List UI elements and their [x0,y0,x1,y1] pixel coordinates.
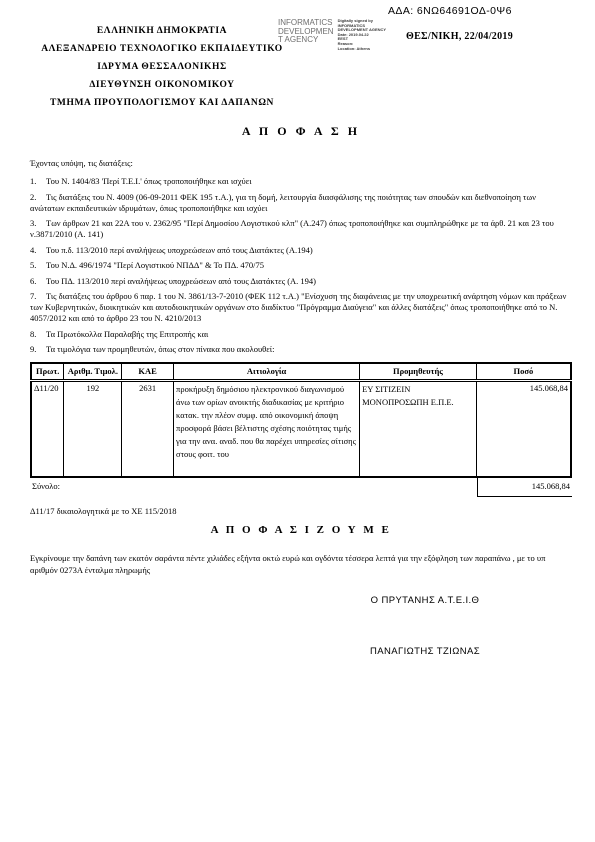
list-item: 2.Τις διατάξεις του Ν. 4009 (06-09-2011 … [30,192,572,214]
list-item: 6.Του ΠΔ. 113/2010 περί αναλήψεως υποχρε… [30,276,572,287]
list-item: 9.Τα τιμολόγια των προμηθευτών, όπως στο… [30,344,572,355]
cell-proto: Δ11/20 [31,381,64,477]
col-header-supplier: Προμηθευτής [360,363,477,381]
signature-block: Ο ΠΡΥΤΑΝΗΣ Α.Τ.Ε.Ι.Θ ΠΑΝΑΓΙΩΤΗΣ ΤΖΙΩΝΑΣ [330,595,520,657]
item-text: Τις διατάξεις του Ν. 4009 (06-09-2011 ΦΕ… [30,192,536,213]
col-header-proto: Πρωτ. [31,363,64,381]
item-number: 6. [30,276,41,287]
item-number: 9. [30,344,41,355]
signatory-role: Ο ΠΡΥΤΑΝΗΣ Α.Τ.Ε.Ι.Θ [330,595,520,606]
cell-reason: προκήρυξη δημόσιου ηλεκτρονικού διαγωνισ… [174,381,360,477]
item-number: 7. [30,291,41,302]
document-page: ΑΔΑ: 6ΝΩ64691ΟΔ-0Ψ6 ΕΛΛΗΝΙΚΗ ΔΗΜΟΚΡΑΤΙΑ … [0,0,595,842]
item-text: Του Ν.Δ. 496/1974 "Περί Λογιστικού ΝΠΔΔ"… [46,260,264,270]
organization-header: ΕΛΛΗΝΙΚΗ ΔΗΜΟΚΡΑΤΙΑ ΑΛΕΞΑΝΔΡΕΙΟ ΤΕΧΝΟΛΟΓ… [36,22,288,112]
document-body: Α Π Ο Φ Α Σ Η Έχοντας υπόψη, τις διατάξε… [30,120,572,657]
org-line: ΑΛΕΞΑΝΔΡΕΙΟ ΤΕΧΝΟΛΟΓΙΚΟ ΕΚΠΑΙΔΕΥΤΙΚΟ [36,40,288,58]
cell-amount: 145.068,84 [476,381,571,477]
cell-invoice: 192 [64,381,122,477]
item-text: Του π.δ. 113/2010 περί αναλήψεως υποχρεώ… [46,245,313,255]
supporting-docs-note: Δ11/17 δικαιολογητικά με το ΧΕ 115/2018 [30,506,572,517]
item-number: 1. [30,176,41,187]
item-number: 5. [30,260,41,271]
item-number: 4. [30,245,41,256]
document-title: Α Π Ο Φ Α Σ Η [30,126,572,137]
place-date: ΘΕΣ/ΝΙΚΗ, 22/04/2019 [406,31,513,42]
decision-heading: Α Π Ο Φ Α Σ Ι Ζ Ο Υ Μ Ε [30,525,572,536]
org-line: ΤΜΗΜΑ ΠΡΟΥΠΟΛΟΓΙΣΜΟΥ ΚΑΙ ΔΑΠΑΝΩΝ [36,94,288,112]
preamble: Έχοντας υπόψη, τις διατάξεις: [30,158,572,169]
table-row: Δ11/20 192 2631 προκήρυξη δημόσιου ηλεκτ… [31,381,571,477]
org-line: ΔΙΕΥΘΥΝΣΗ ΟΙΚΟΝΟΜΙΚΟΥ [36,76,288,94]
considerations-list: 1.Του Ν. 1404/83 'Περί Τ.Ε.Ι.' όπως τροπ… [30,176,572,355]
item-number: 2. [30,192,41,203]
col-header-amount: Ποσό [476,363,571,381]
org-line: ΙΔΡΥΜΑ ΘΕΣΣΑΛΟΝΙΚΗΣ [36,58,288,76]
org-line: ΕΛΛΗΝΙΚΗ ΔΗΜΟΚΡΑΤΙΑ [36,22,288,40]
list-item: 4.Του π.δ. 113/2010 περί αναλήψεως υποχρ… [30,245,572,256]
table-header-row: Πρωτ. Αριθμ. Τιμολ. ΚΑΕ Αιτιολογία Προμη… [31,363,571,381]
col-header-reason: Αιτιολογία [174,363,360,381]
item-text: Του Ν. 1404/83 'Περί Τ.Ε.Ι.' όπως τροποπ… [46,176,252,186]
ada-code: ΑΔΑ: 6ΝΩ64691ΟΔ-0Ψ6 [388,5,512,17]
total-label: Σύνολο: [30,478,477,497]
invoices-table: Πρωτ. Αριθμ. Τιμολ. ΚΑΕ Αιτιολογία Προμη… [30,362,572,478]
list-item: 3.Των άρθρων 21 και 22Α του ν. 2362/95 "… [30,218,572,240]
signatory-name: ΠΑΝΑΓΙΩΤΗΣ ΤΖΙΩΝΑΣ [330,646,520,657]
stamp-agency-name: INFORMATICS DEVELOPMEN T AGENCY [278,19,334,51]
item-text: Του ΠΔ. 113/2010 περί αναλήψεως υποχρεώσ… [46,276,316,286]
col-header-invoice: Αριθμ. Τιμολ. [64,363,122,381]
item-text: Τα Πρωτόκολλα Παραλαβής της Επιτροπής κα… [46,329,208,339]
stamp-signature-details: Digitally signed by INFORMATICS DEVELOPM… [338,19,387,51]
table-total-row: Σύνολο: 145.068,84 [30,478,572,497]
list-item: 8.Τα Πρωτόκολλα Παραλαβής της Επιτροπής … [30,329,572,340]
cell-supplier: ΕΥ ΣΙΤΙΖΕΙΝ ΜΟΝΟΠΡΟΣΩΠΗ Ε.Π.Ε. [360,381,477,477]
item-number: 8. [30,329,41,340]
digital-signature-stamp: INFORMATICS DEVELOPMEN T AGENCY Digitall… [278,19,403,51]
item-text: Τις διατάξεις του άρθρου 6 παρ. 1 του Ν.… [30,291,566,323]
item-text: Των άρθρων 21 και 22Α του ν. 2362/95 "Πε… [30,218,554,239]
list-item: 7.Τις διατάξεις του άρθρου 6 παρ. 1 του … [30,291,572,324]
total-amount: 145.068,84 [477,478,572,497]
list-item: 5.Του Ν.Δ. 496/1974 "Περί Λογιστικού ΝΠΔ… [30,260,572,271]
item-text: Τα τιμολόγια των προμηθευτών, όπως στον … [46,344,274,354]
decision-text: Εγκρίνουμε την δαπάνη των εκατόν σαράντα… [30,552,572,576]
item-number: 3. [30,218,41,229]
col-header-kae: ΚΑΕ [122,363,174,381]
cell-kae: 2631 [122,381,174,477]
list-item: 1.Του Ν. 1404/83 'Περί Τ.Ε.Ι.' όπως τροπ… [30,176,572,187]
